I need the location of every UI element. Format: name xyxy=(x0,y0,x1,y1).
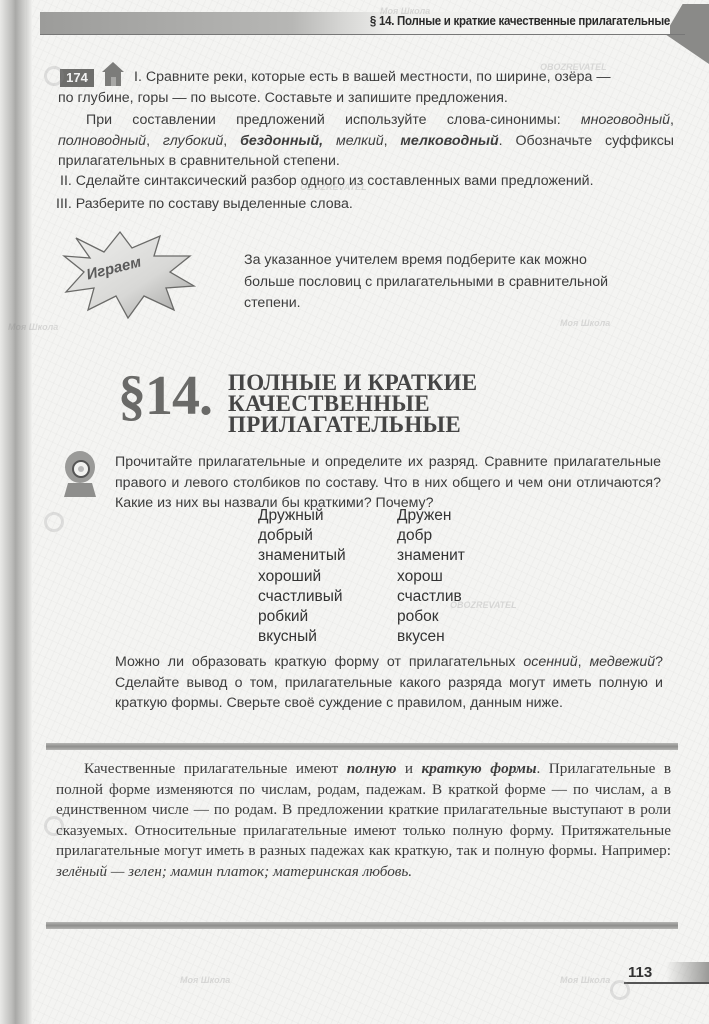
watermark-logo-icon xyxy=(44,816,64,836)
synonym-4: мелкий xyxy=(336,133,384,149)
running-title: § 14. Полные и краткие качественные прил… xyxy=(357,14,670,28)
page-number-shade xyxy=(666,962,709,984)
watermark-text: Моя Школа xyxy=(560,975,610,985)
short-forms-column: Дружен добр знаменит хорош счастлив робо… xyxy=(397,506,465,647)
word-short: Дружен xyxy=(397,506,465,526)
word-short: вкусен xyxy=(397,627,465,647)
exercise-hint: При составлении предложений используйте … xyxy=(58,110,674,172)
watermark-logo-icon xyxy=(610,980,630,1000)
question-text: Можно ли образовать краткую форму от при… xyxy=(115,652,663,714)
watermark-text: Моя Школа xyxy=(180,975,230,985)
rule-example: зелёный — зелен; мамин платок; материнск… xyxy=(56,863,412,880)
word-short: добр xyxy=(397,526,465,546)
section-heading-line: КАЧЕСТВЕННЫЕ xyxy=(228,393,477,414)
word-full: вкусный xyxy=(258,627,346,647)
sep: , xyxy=(146,133,163,149)
section-heading-line: ПОЛНЫЕ И КРАТКИЕ xyxy=(228,372,477,393)
page-number: 113 xyxy=(628,964,652,981)
starburst-icon xyxy=(62,226,202,320)
rule-term: полную xyxy=(347,760,397,777)
reading-task-text: Прочитайте прилагательные и определите и… xyxy=(115,452,661,514)
rule-part: и xyxy=(396,760,421,777)
word-short: хорош xyxy=(397,567,465,587)
word-short: знаменит xyxy=(397,546,465,566)
word-full: добрый xyxy=(258,526,346,546)
house-icon xyxy=(101,60,125,88)
word-full: робкий xyxy=(258,607,346,627)
watermark-text: Моя Школа xyxy=(380,6,430,16)
watermark-text: Моя Школа xyxy=(560,318,610,328)
sep: , xyxy=(578,654,590,670)
word-short: робок xyxy=(397,607,465,627)
reader-icon xyxy=(60,447,100,499)
synonym-2: глубокий xyxy=(163,133,223,149)
exercise-number-badge: 174 xyxy=(60,69,94,87)
watermark-text: OBOZREVATEL xyxy=(540,62,607,72)
question-word: осенний xyxy=(523,654,577,670)
word-full: счастливый xyxy=(258,587,346,607)
exercise-part3: III. Разберите по составу выделенные сло… xyxy=(56,194,672,215)
full-forms-column: Дружный добрый знаменитый хороший счастл… xyxy=(258,506,346,647)
rule-top-bar xyxy=(46,743,678,750)
watermark-logo-icon xyxy=(44,512,64,532)
word-full: хороший xyxy=(258,567,346,587)
section-number: §14. xyxy=(118,365,212,427)
exercise-part1-line2: по глубине, горы — по высоте. Составьте … xyxy=(58,88,674,109)
sep: . xyxy=(499,133,516,149)
hint-intro: При составлении предложений используйте … xyxy=(86,112,581,128)
watermark-text: Моя Школа xyxy=(8,322,58,332)
question-intro: Можно ли образовать краткую форму от при… xyxy=(115,654,523,670)
question-word: медвежий xyxy=(589,654,655,670)
exercise-part2: II. Сделайте синтаксический разбор одног… xyxy=(60,171,676,192)
word-full: знаменитый xyxy=(258,546,346,566)
sep: , xyxy=(670,112,674,128)
rule-part: Качественные прилагательные имеют xyxy=(84,760,347,777)
header-rule xyxy=(40,34,685,35)
sep xyxy=(323,133,336,149)
word-full: Дружный xyxy=(258,506,346,526)
watermark-text: OBOZREVATEL xyxy=(300,182,367,192)
sep: , xyxy=(384,133,401,149)
section-heading: ПОЛНЫЕ И КРАТКИЕ КАЧЕСТВЕННЫЕ ПРИЛАГАТЕЛ… xyxy=(228,372,477,435)
synonym-3: бездонный, xyxy=(240,133,323,149)
rule-term: краткую формы xyxy=(422,760,537,777)
synonym-0: многоводный xyxy=(581,112,670,128)
section-heading-line: ПРИЛАГАТЕЛЬНЫЕ xyxy=(228,414,477,435)
watermark-logo-icon xyxy=(44,66,64,86)
sep: , xyxy=(223,133,240,149)
book-spine xyxy=(0,0,26,1024)
page-number-rule xyxy=(624,982,709,984)
watermark-text: OBOZREVATEL xyxy=(450,600,517,610)
spine-edge xyxy=(26,0,32,1024)
synonym-1: полноводный xyxy=(58,133,146,149)
game-text: За указанное учителем время подберите ка… xyxy=(244,250,636,315)
rule-text: Качественные прилагательные имеют полную… xyxy=(56,759,671,883)
rule-bottom-bar xyxy=(46,922,678,929)
synonym-5: мелководный xyxy=(400,133,498,149)
